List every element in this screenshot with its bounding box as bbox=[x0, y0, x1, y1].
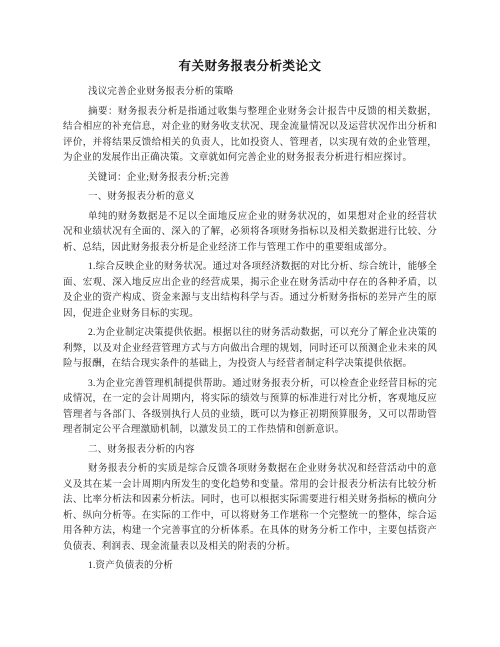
section2-intro-paragraph: 财务报表分析的实质是综合反馈各项财务数据在企业财务状况和经营活动中的意义及其在某… bbox=[63, 462, 437, 555]
section2-subheading-1: 1.资产负债表的分析 bbox=[63, 559, 437, 575]
abstract-paragraph: 摘要：财务报表分析是指通过收集与整理企业财务会计报告中反馈的相关数据，结合相应的… bbox=[63, 105, 437, 167]
page-title: 有关财务报表分析类论文 bbox=[63, 56, 437, 76]
section1-point-2-paragraph: 2.为企业制定决策提供依据。根据以往的财务活动数据，可以充分了解企业决策的利弊，… bbox=[63, 326, 437, 373]
section1-point-1-paragraph: 1.综合反映企业的财务状况。通过对各项经济数据的对比分析、综合统计，能够全面、宏… bbox=[63, 260, 437, 322]
section1-point-3-paragraph: 3.为企业完善管理机制提供帮助。通过财务报表分析，可以检查企业经营目标的完成情况… bbox=[63, 377, 437, 439]
section-heading-2: 二、财务报表分析的内容 bbox=[63, 443, 437, 459]
document-page: 有关财务报表分析类论文 浅议完善企业财务报表分析的策略 摘要：财务报表分析是指通… bbox=[0, 0, 500, 647]
keywords-line: 关键词：企业;财务报表分析;完善 bbox=[63, 171, 437, 187]
doc-subtitle: 浅议完善企业财务报表分析的策略 bbox=[63, 85, 437, 101]
section1-intro-paragraph: 单纯的财务数据是不足以全面地反应企业的财务状况的，如果想对企业的经营状况和业绩状… bbox=[63, 210, 437, 257]
section-heading-1: 一、财务报表分析的意义 bbox=[63, 190, 437, 206]
